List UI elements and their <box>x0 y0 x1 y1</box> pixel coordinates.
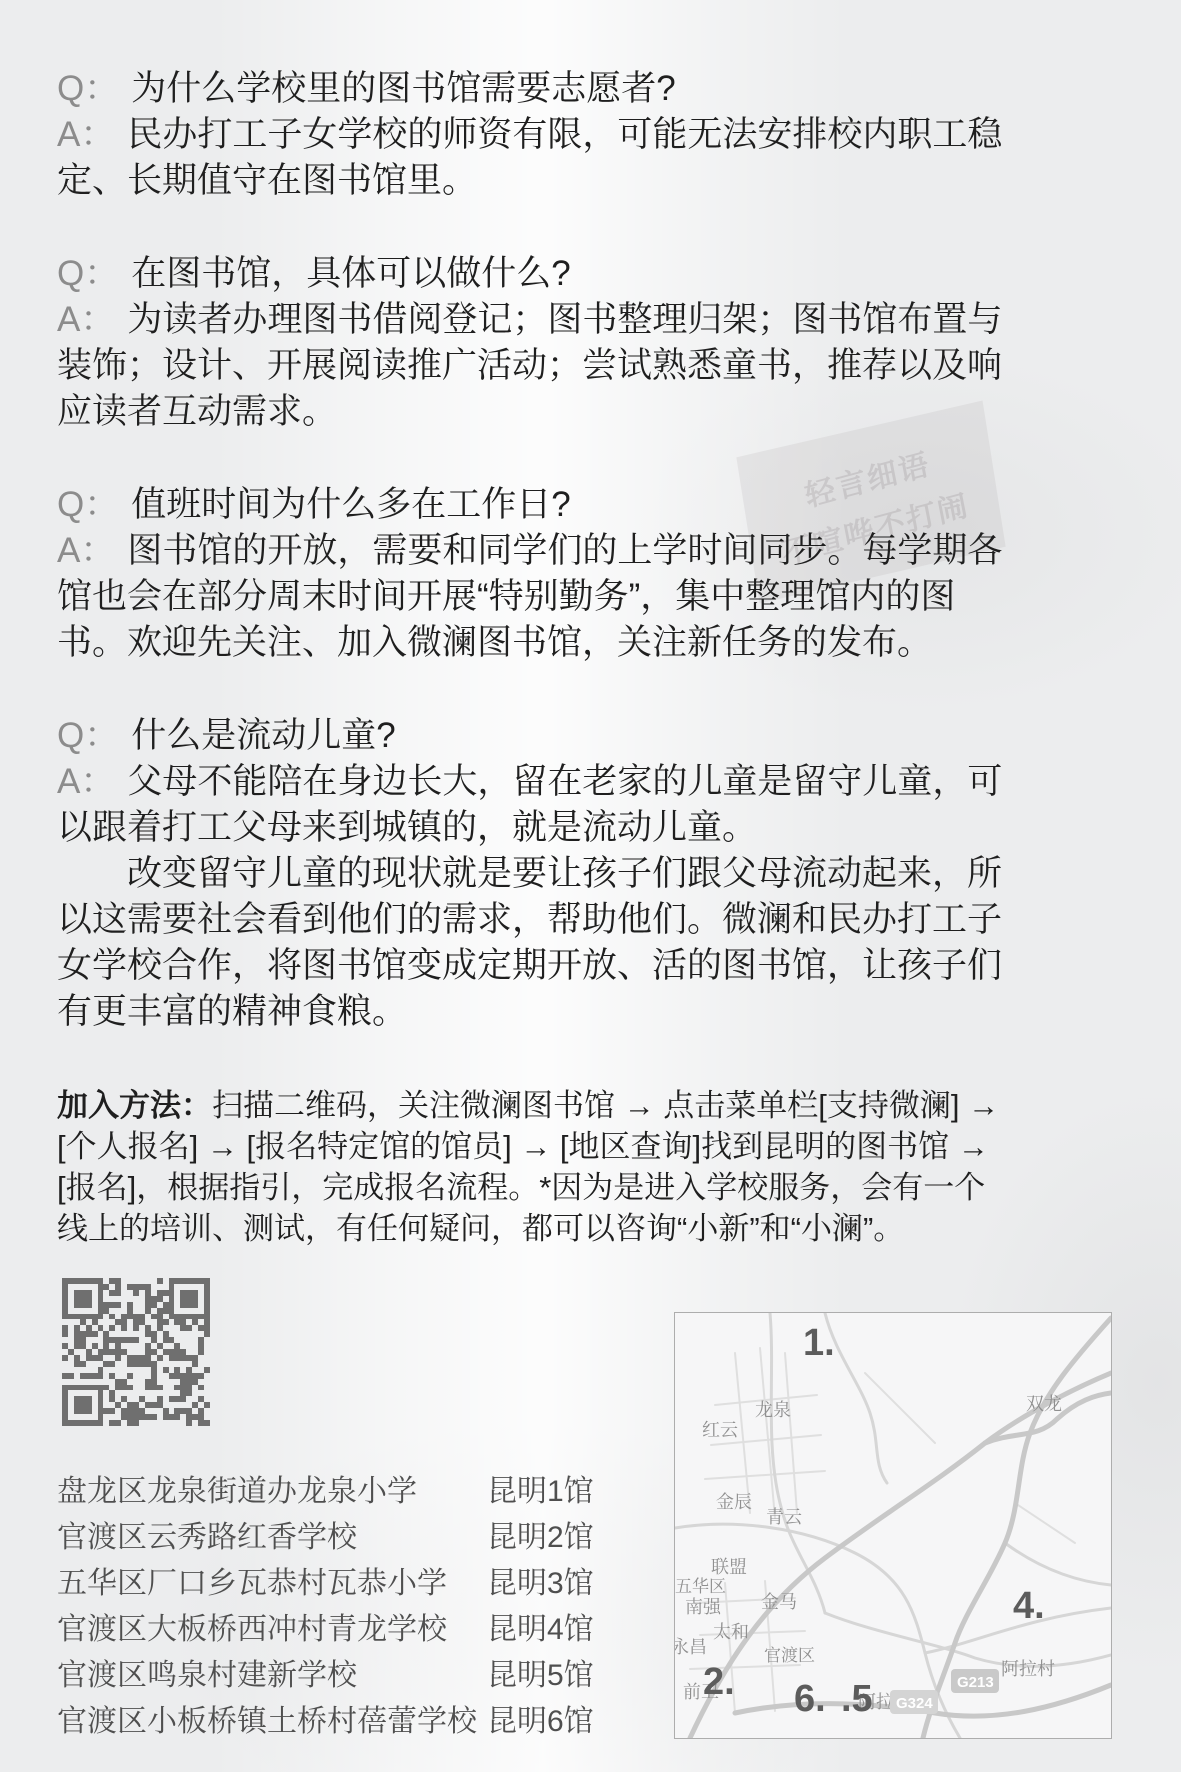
q-label: Q： <box>57 716 119 755</box>
branch-label: 昆明6馆 <box>487 1696 594 1740</box>
school-row: 官渡区鸣泉村建新学校昆明5馆 <box>57 1649 637 1695</box>
map-marker-5: .5 <box>841 1678 873 1720</box>
map-label-longquan: 龙泉 <box>755 1400 791 1420</box>
map-label-alacun: 阿拉村 <box>1001 1659 1055 1679</box>
map-marker-1: 1. <box>803 1322 835 1364</box>
q-label: Q： <box>57 69 119 108</box>
school-name: 官渡区鸣泉村建新学校 <box>57 1650 487 1694</box>
school-name: 官渡区小板桥镇土桥村蓓蕾学校 <box>57 1696 487 1740</box>
map-label-nanqiang: 南强 <box>685 1596 722 1617</box>
map-svg: 龙泉 红云 双龙 金辰 青云 联盟 五华区 南强 金马 太和 永昌 官渡区 前卫… <box>675 1313 1111 1738</box>
map-marker-2: 2. <box>703 1661 735 1703</box>
a-label: A： <box>57 300 115 339</box>
qa-block-4: Q：什么是流动儿童? A：父母不能陪在身边长大，留在老家的儿童是留守儿童，可 以… <box>57 713 1167 1035</box>
qa-block-3: Q：值班时间为什么多在工作日? A：图书馆的开放，需要和同学们的上学时间同步。每… <box>57 482 1167 666</box>
a-label: A： <box>57 531 115 570</box>
question-text: 为什么学校里的图书馆需要志愿者? <box>131 69 675 108</box>
join-method-label: 加入方法： <box>57 1088 212 1123</box>
question-text: 值班时间为什么多在工作日? <box>131 485 570 524</box>
q-label: Q： <box>57 485 119 524</box>
map-label-hongyun: 红云 <box>702 1420 738 1440</box>
volunteer-qa-poster: { "qa": [ { "q_label": "Q：", "q": "为什么学校… <box>0 0 1181 1772</box>
school-row: 五华区厂口乡瓦恭村瓦恭小学昆明3馆 <box>57 1557 637 1603</box>
school-list: 盘龙区龙泉街道办龙泉小学昆明1馆 官渡区云秀路红香学校昆明2馆 五华区厂口乡瓦恭… <box>57 1465 637 1741</box>
branch-label: 昆明1馆 <box>487 1466 594 1510</box>
school-row: 官渡区云秀路红香学校昆明2馆 <box>57 1511 637 1557</box>
qr-code <box>62 1278 210 1426</box>
school-name: 盘龙区龙泉街道办龙泉小学 <box>57 1466 487 1510</box>
map-label-guanduqu: 官渡区 <box>764 1646 815 1665</box>
map-label-yongchang: 永昌 <box>675 1637 707 1657</box>
map-label-wuhuaqu: 五华区 <box>675 1577 726 1596</box>
qa-block-2: Q：在图书馆，具体可以做什么? A：为读者办理图书借阅登记；图书整理归架；图书馆… <box>57 251 1167 435</box>
road-badge-g213: G213 <box>951 1669 999 1693</box>
svg-text:G324: G324 <box>896 1695 933 1712</box>
school-name: 官渡区大板桥西冲村青龙学校 <box>57 1604 487 1648</box>
question-text: 在图书馆，具体可以做什么? <box>131 254 570 293</box>
branch-label: 昆明3馆 <box>487 1558 594 1602</box>
qa-section: Q：为什么学校里的图书馆需要志愿者? A：民办打工子女学校的师资有限，可能无法安… <box>57 66 1167 1082</box>
map-label-jinma: 金马 <box>761 1592 797 1612</box>
map-label-shuanglong: 双龙 <box>1026 1394 1062 1414</box>
answer-text: 民办打工子女学校的师资有限，可能无法安排校内职工稳 定、长期值守在图书馆里。 <box>57 115 1002 200</box>
branch-label: 昆明2馆 <box>487 1512 594 1556</box>
a-label: A： <box>57 115 115 154</box>
school-row: 官渡区大板桥西冲村青龙学校昆明4馆 <box>57 1603 637 1649</box>
answer-text: 父母不能陪在身边长大，留在老家的儿童是留守儿童，可 以跟着打工父母来到城镇的，就… <box>57 762 1002 1031</box>
school-row: 盘龙区龙泉街道办龙泉小学昆明1馆 <box>57 1465 637 1511</box>
a-label: A： <box>57 762 115 801</box>
branch-location-map: 龙泉 红云 双龙 金辰 青云 联盟 五华区 南强 金马 太和 永昌 官渡区 前卫… <box>674 1312 1112 1739</box>
answer-text: 图书馆的开放，需要和同学们的上学时间同步。每学期各 馆也会在部分周末时间开展“特… <box>57 531 1002 662</box>
question-text: 什么是流动儿童? <box>131 716 395 755</box>
branch-label: 昆明5馆 <box>487 1650 594 1694</box>
school-row: 官渡区小板桥镇土桥村蓓蕾学校昆明6馆 <box>57 1695 637 1741</box>
map-marker-4: 4. <box>1013 1585 1045 1627</box>
school-name: 五华区厂口乡瓦恭村瓦恭小学 <box>57 1558 487 1602</box>
answer-text: 为读者办理图书借阅登记；图书整理归架；图书馆布置与 装饰；设计、开展阅读推广活动… <box>57 300 1002 431</box>
q-label: Q： <box>57 254 119 293</box>
school-name: 官渡区云秀路红香学校 <box>57 1512 487 1556</box>
map-label-qingyun: 青云 <box>766 1507 802 1527</box>
map-label-jinchen: 金辰 <box>716 1492 752 1512</box>
qa-block-1: Q：为什么学校里的图书馆需要志愿者? A：民办打工子女学校的师资有限，可能无法安… <box>57 66 1167 204</box>
svg-text:G213: G213 <box>957 1674 994 1691</box>
map-label-lianmeng: 联盟 <box>711 1557 747 1577</box>
map-marker-6: 6. <box>794 1678 826 1720</box>
road-badge-g324: G324 <box>890 1690 938 1714</box>
branch-label: 昆明4馆 <box>487 1604 594 1648</box>
map-label-taihe: 太和 <box>713 1622 749 1642</box>
join-method-section: 加入方法：扫描二维码，关注微澜图书馆 → 点击菜单栏[支持微澜] → [个人报名… <box>57 1085 1172 1249</box>
